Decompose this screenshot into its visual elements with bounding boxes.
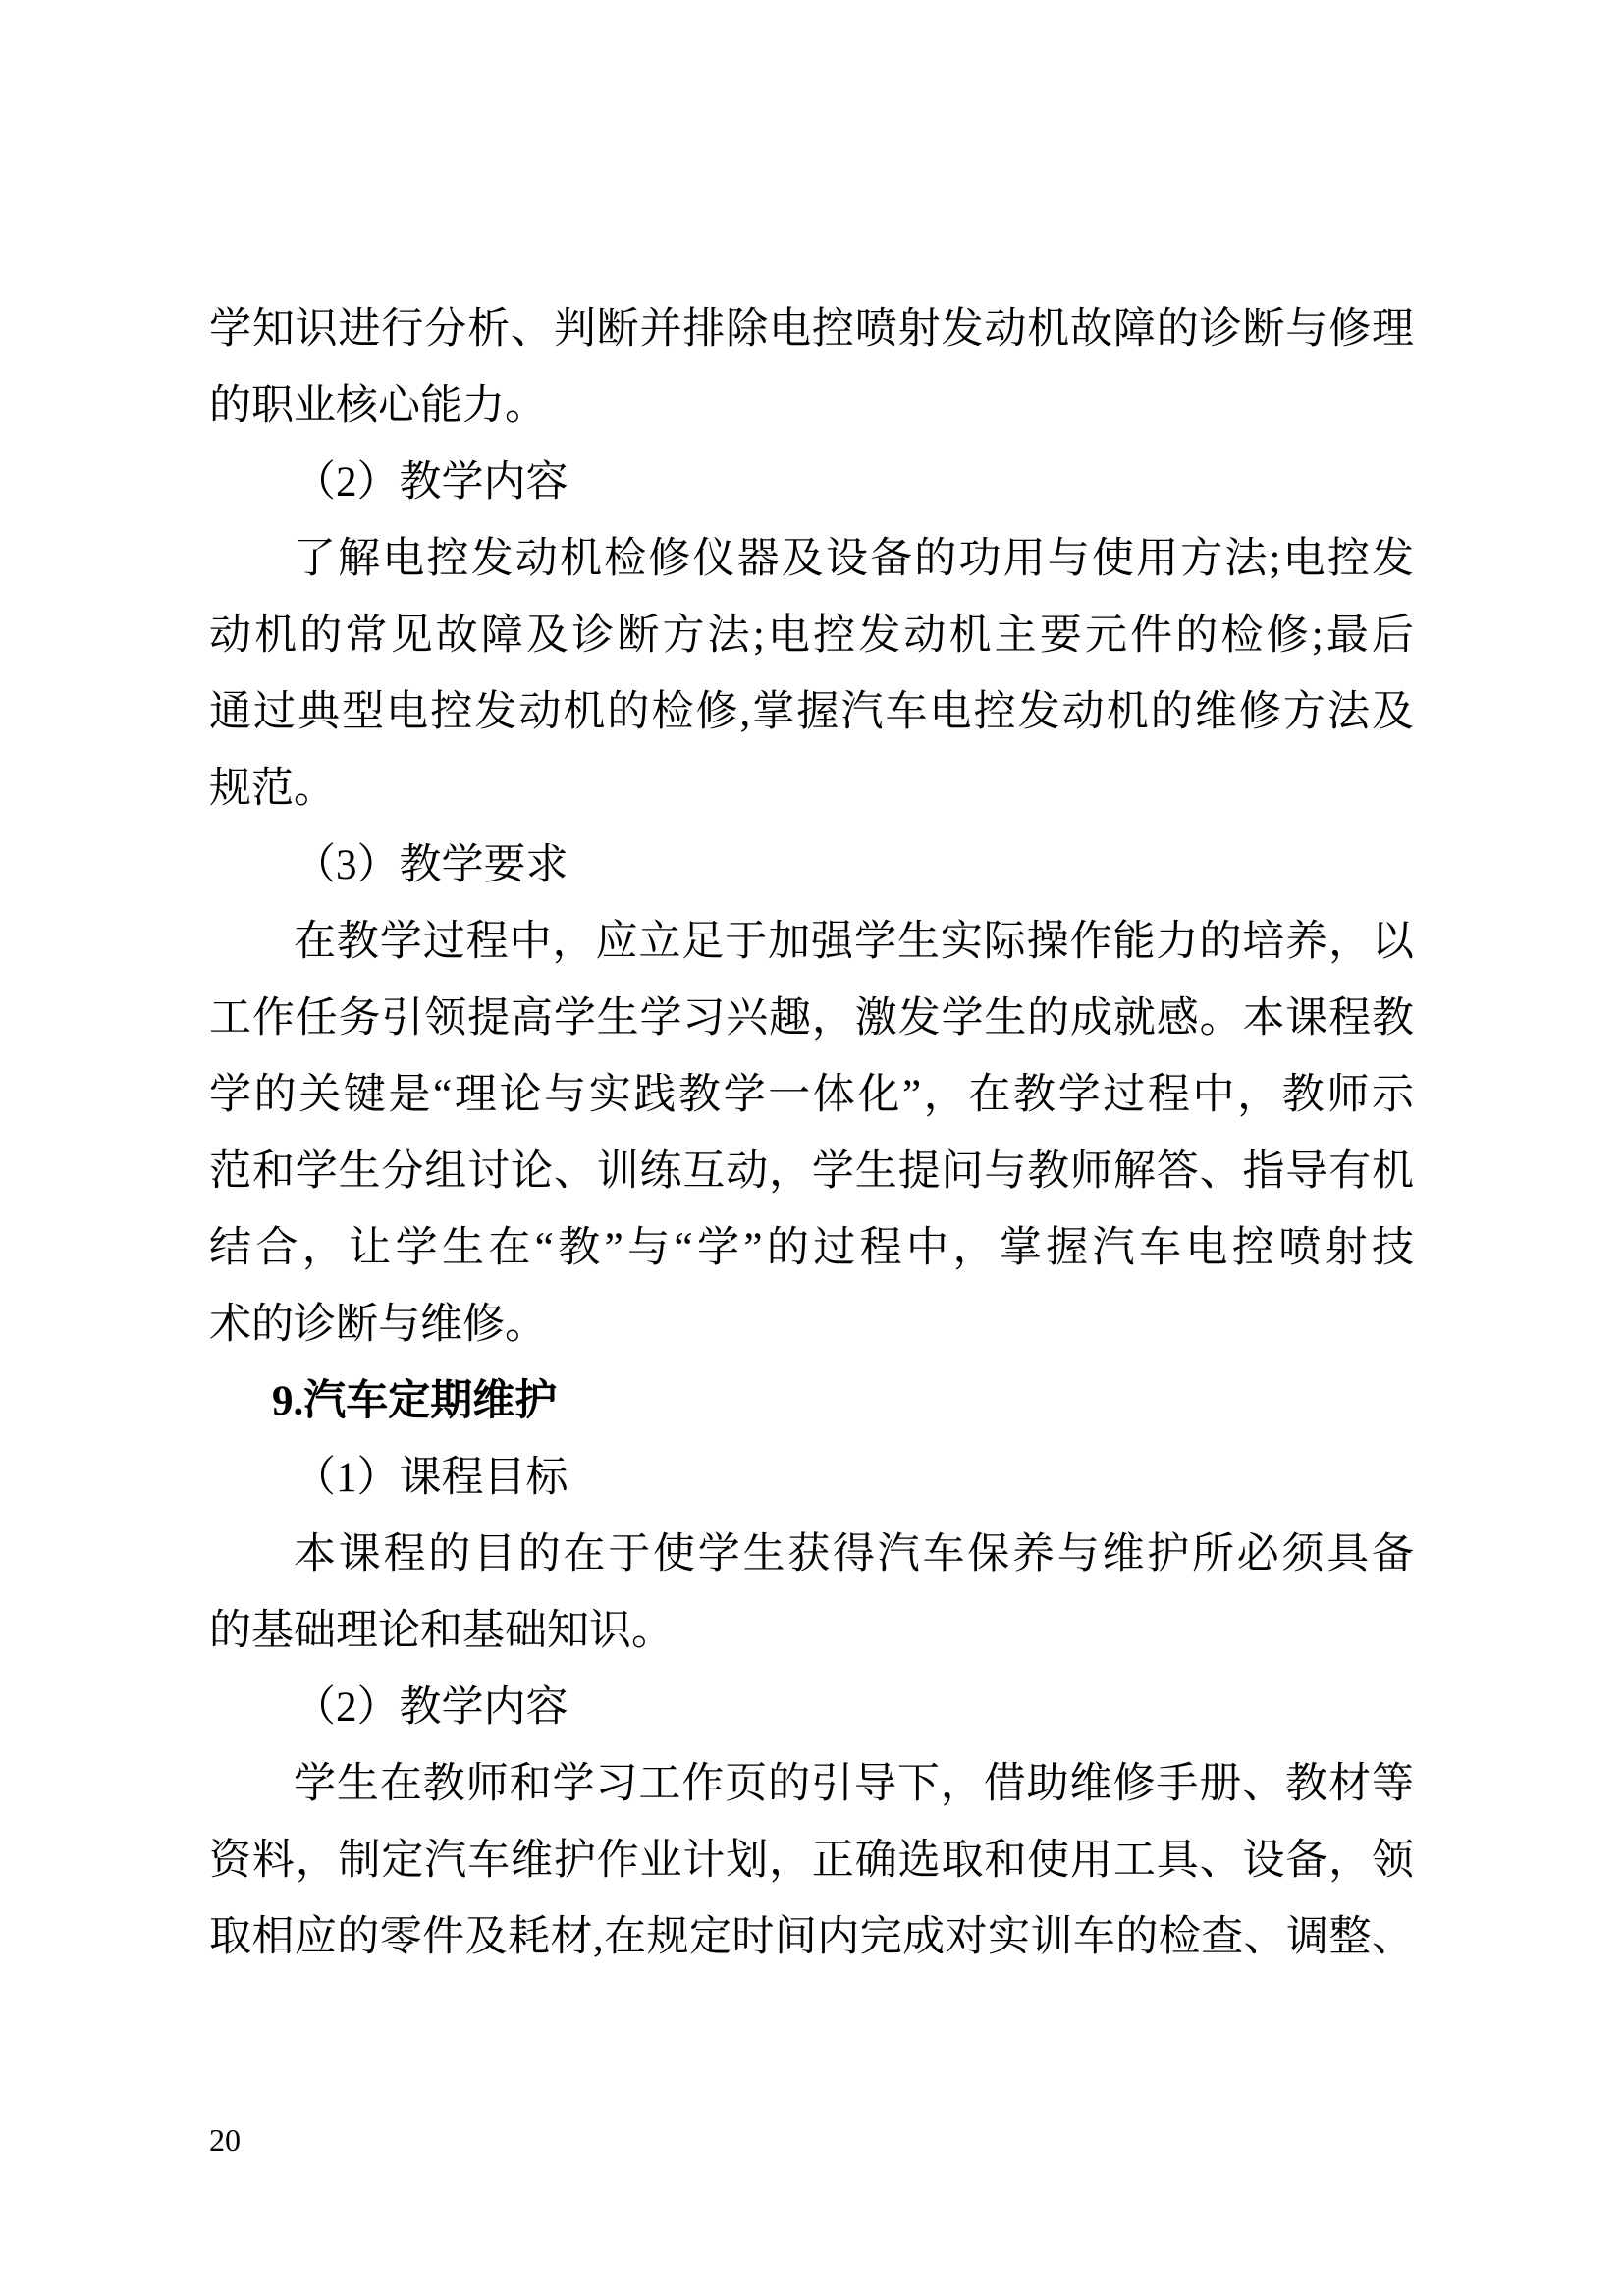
text-line: 取相应的零件及耗材,在规定时间内完成对实训车的检查、调整、 — [209, 1899, 1414, 1976]
text-line: 术的诊断与维修。 — [209, 1287, 1414, 1363]
text-line: 9.汽车定期维护 — [209, 1363, 1414, 1440]
text-line: 了解电控发动机检修仪器及设备的功用与使用方法;电控发 — [209, 521, 1414, 598]
text-line: 资料，制定汽车维护作业计划，正确选取和使用工具、设备，领 — [209, 1823, 1414, 1899]
text-line: （3）教学要求 — [209, 828, 1414, 904]
text-line: （1）课程目标 — [209, 1440, 1414, 1517]
text-line: 本课程的目的在于使学生获得汽车保养与维护所必须具备 — [209, 1517, 1414, 1593]
text-line: 的职业核心能力。 — [209, 368, 1414, 445]
text-line: 学生在教师和学习工作页的引导下，借助维修手册、教材等 — [209, 1746, 1414, 1823]
text-line: 的基础理论和基础知识。 — [209, 1593, 1414, 1670]
page-number: 20 — [209, 2120, 241, 2160]
text-line: （2）教学内容 — [209, 445, 1414, 521]
text-line: （2）教学内容 — [209, 1670, 1414, 1746]
text-line: 动机的常见故障及诊断方法;电控发动机主要元件的检修;最后 — [209, 598, 1414, 674]
text-line: 结合，让学生在“教”与“学”的过程中，掌握汽车电控喷射技 — [209, 1210, 1414, 1287]
text-line: 通过典型电控发动机的检修,掌握汽车电控发动机的维修方法及 — [209, 674, 1414, 751]
document-page: 学知识进行分析、判断并排除电控喷射发动机故障的诊断与修理的职业核心能力。（2）教… — [0, 0, 1624, 2296]
document-lines: 学知识进行分析、判断并排除电控喷射发动机故障的诊断与修理的职业核心能力。（2）教… — [209, 292, 1414, 1976]
text-line: 在教学过程中，应立足于加强学生实际操作能力的培养，以 — [209, 904, 1414, 981]
text-line: 学的关键是“理论与实践教学一体化”，在教学过程中，教师示 — [209, 1057, 1414, 1134]
text-line: 工作任务引领提高学生学习兴趣，激发学生的成就感。本课程教 — [209, 981, 1414, 1057]
text-line: 学知识进行分析、判断并排除电控喷射发动机故障的诊断与修理 — [209, 292, 1414, 368]
text-line: 范和学生分组讨论、训练互动，学生提问与教师解答、指导有机 — [209, 1134, 1414, 1210]
text-line: 规范。 — [209, 751, 1414, 828]
